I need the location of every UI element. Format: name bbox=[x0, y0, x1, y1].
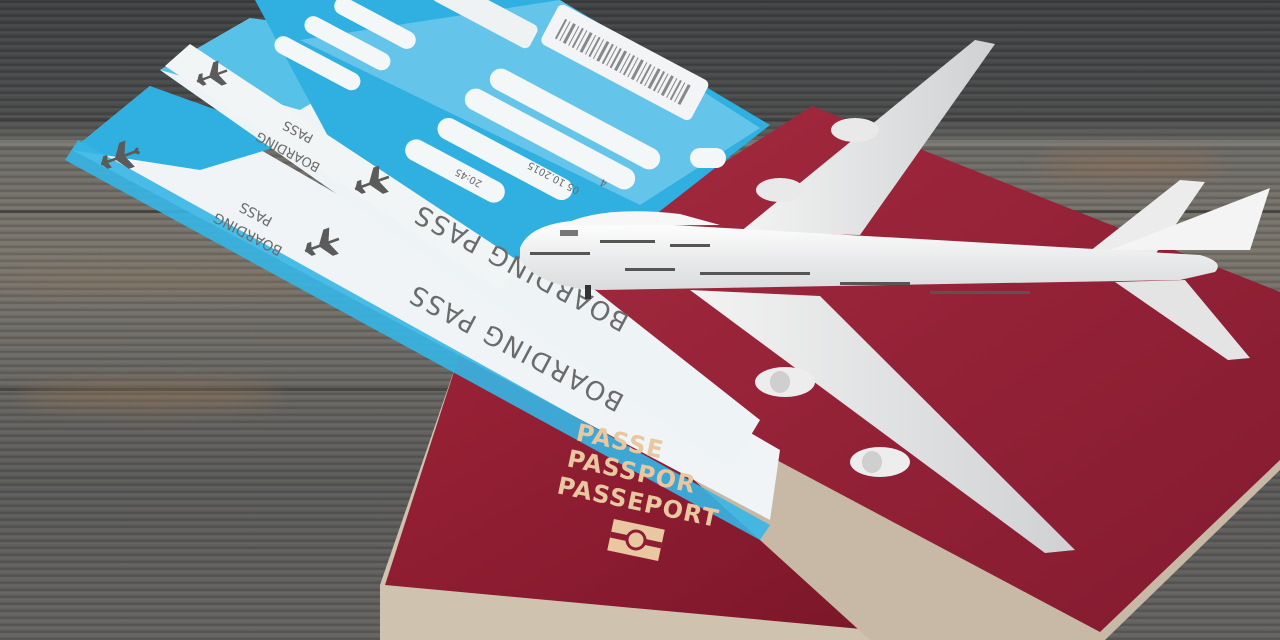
photo-scene: BOARDING PASS BOARDING PASS BOARDING PAS… bbox=[0, 0, 1280, 640]
objects-layer: BOARDING PASS BOARDING PASS BOARDING PAS… bbox=[0, 0, 1280, 640]
